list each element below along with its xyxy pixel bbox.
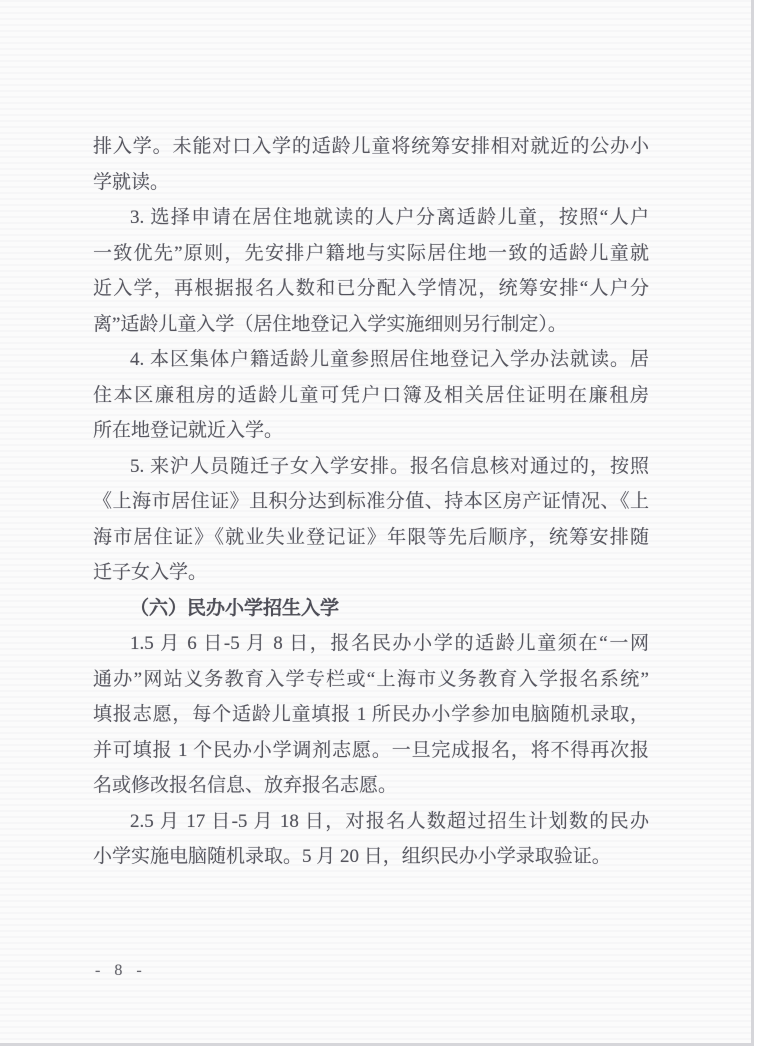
- text-line: 学就读。: [93, 165, 649, 201]
- text-line: 海市居住证》《就业失业登记证》年限等先后顺序，统筹安排随: [93, 520, 649, 556]
- document-page: 排入学。未能对口入学的适龄儿童将统筹安排相对就近的公办小 学就读。 3. 选择申…: [0, 0, 761, 1050]
- text-line: 一致优先”原则，先安排户籍地与实际居住地一致的适龄儿童就: [93, 236, 649, 272]
- text-line: 填报志愿，每个适龄儿童填报 1 所民办小学参加电脑随机录取，: [93, 697, 649, 733]
- text-line: 离”适龄儿童入学（居住地登记入学实施细则另行制定）。: [93, 307, 649, 343]
- section-heading: （六）民办小学招生入学: [93, 591, 649, 627]
- text-line: 3. 选择申请在居住地就读的人户分离适龄儿童，按照“人户: [93, 200, 649, 236]
- text-line: 小学实施电脑随机录取。5 月 20 日，组织民办小学录取验证。: [93, 839, 649, 875]
- text-line: 名或修改报名信息、放弃报名志愿。: [93, 768, 649, 804]
- scan-margin-bottom: [0, 1046, 761, 1050]
- document-body: 排入学。未能对口入学的适龄儿童将统筹安排相对就近的公办小 学就读。 3. 选择申…: [93, 129, 649, 875]
- text-line: 《上海市居住证》且积分达到标准分值、持本区房产证情况、《上: [93, 484, 649, 520]
- text-line: 近入学，再根据报名人数和已分配入学情况，统筹安排“人户分: [93, 271, 649, 307]
- page-number: - 8 -: [95, 961, 147, 981]
- text-line: 5. 来沪人员随迁子女入学安排。报名信息核对通过的，按照: [93, 449, 649, 485]
- scan-margin-right: [754, 0, 761, 1050]
- text-line: 通办”网站义务教育入学专栏或“上海市义务教育入学报名系统”: [93, 662, 649, 698]
- text-line: 并可填报 1 个民办小学调剂志愿。一旦完成报名，将不得再次报: [93, 733, 649, 769]
- text-line: 排入学。未能对口入学的适龄儿童将统筹安排相对就近的公办小: [93, 129, 649, 165]
- text-line: 所在地登记就近入学。: [93, 413, 649, 449]
- text-line: 4. 本区集体户籍适龄儿童参照居住地登记入学办法就读。居: [93, 342, 649, 378]
- text-line: 迁子女入学。: [93, 555, 649, 591]
- text-line: 住本区廉租房的适龄儿童可凭户口簿及相关居住证明在廉租房: [93, 378, 649, 414]
- text-line: 2.5 月 17 日-5 月 18 日，对报名人数超过招生计划数的民办: [93, 804, 649, 840]
- scanned-document-screenshot: { "page": { "number": "- 8 -" }, "colors…: [0, 0, 761, 1050]
- text-line: 1.5 月 6 日-5 月 8 日，报名民办小学的适龄儿童须在“一网: [93, 626, 649, 662]
